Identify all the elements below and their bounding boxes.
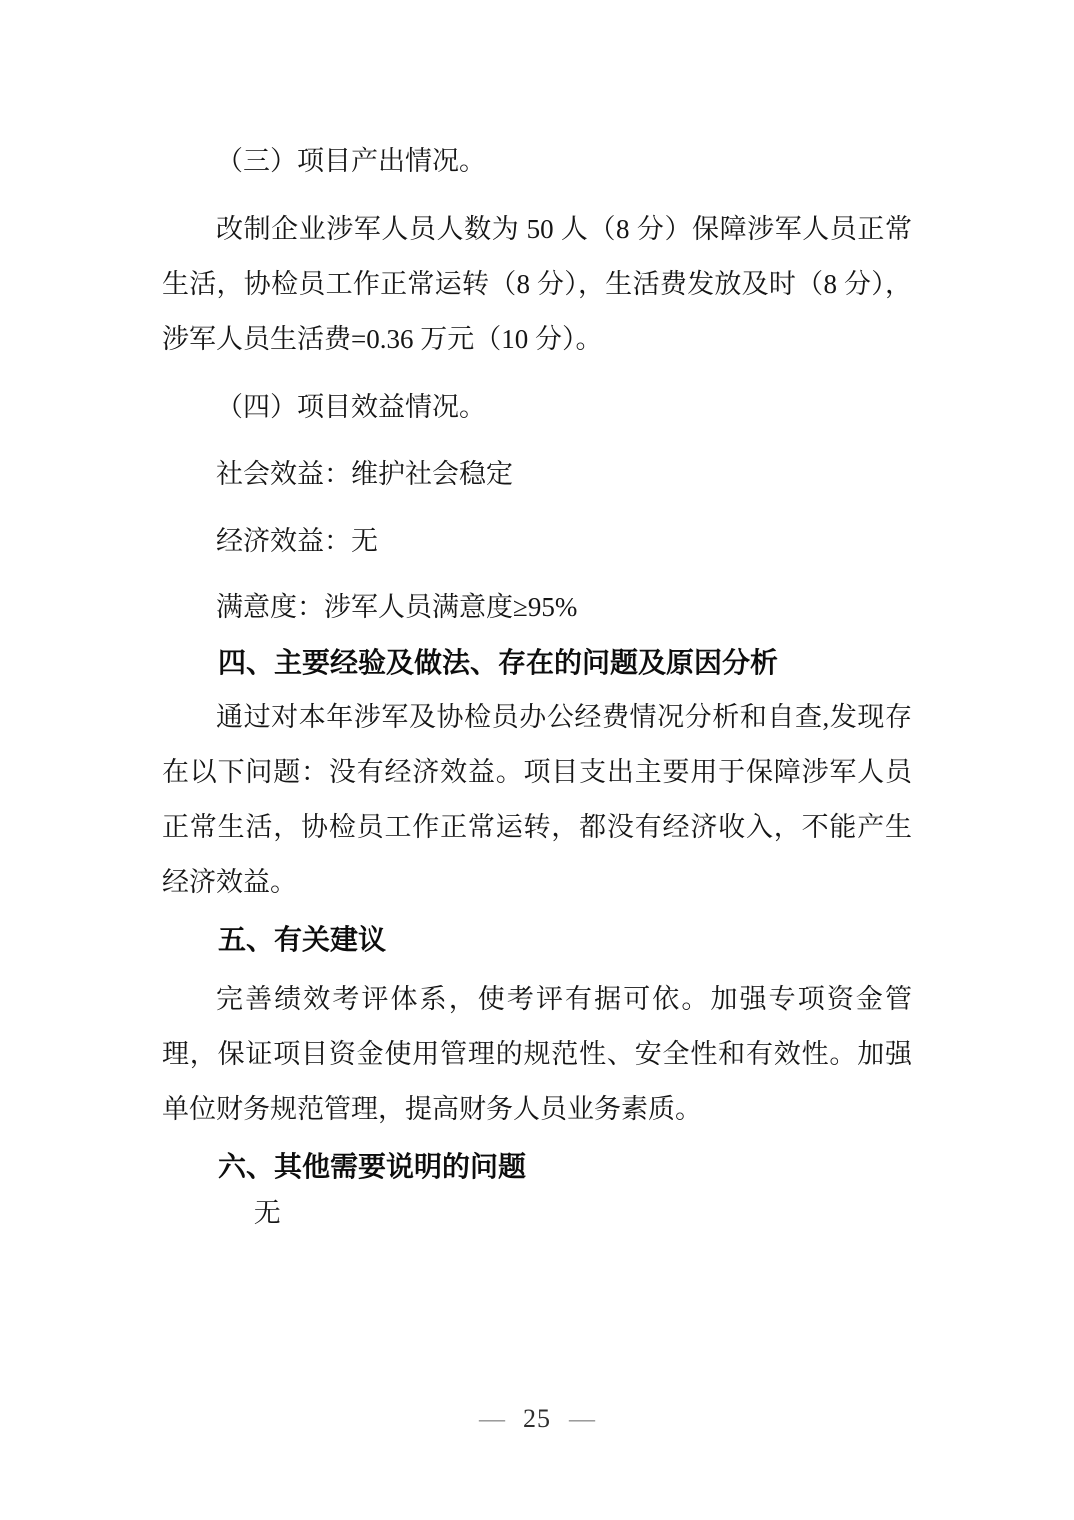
chapter4-title: 四、主要经验及做法、存在的问题及原因分析	[162, 635, 912, 690]
chapter5-body-paragraph: 完善绩效考评体系，使考评有据可依。加强专项资金管理，保证项目资金使用管理的规范性…	[162, 972, 912, 1137]
chapter6-body-none: 无	[162, 1186, 912, 1241]
economic-benefit-line: 经济效益：无	[162, 514, 912, 569]
part4-heading: （四）项目效益情况。	[162, 380, 912, 435]
footer-dash-right: —	[569, 1402, 595, 1436]
satisfaction-line: 满意度：涉军人员满意度≥95%	[162, 580, 912, 635]
document-body: （三）项目产出情况。 改制企业涉军人员人数为 50 人（8 分）保障涉军人员正常…	[162, 134, 912, 1241]
document-page: （三）项目产出情况。 改制企业涉军人员人数为 50 人（8 分）保障涉军人员正常…	[0, 0, 1074, 1520]
footer-dash-left: —	[479, 1402, 505, 1436]
page-footer: —25—	[0, 1402, 1074, 1436]
chapter5-title: 五、有关建议	[162, 912, 912, 967]
social-benefit-line: 社会效益：维护社会稳定	[162, 447, 912, 502]
page-number: 25	[523, 1402, 551, 1436]
part3-body-paragraph: 改制企业涉军人员人数为 50 人（8 分）保障涉军人员正常生活，协检员工作正常运…	[162, 202, 912, 367]
chapter4-body-paragraph: 通过对本年涉军及协检员办公经费情况分析和自查,发现存在以下问题：没有经济效益。项…	[162, 690, 912, 910]
part3-heading: （三）项目产出情况。	[162, 134, 912, 189]
